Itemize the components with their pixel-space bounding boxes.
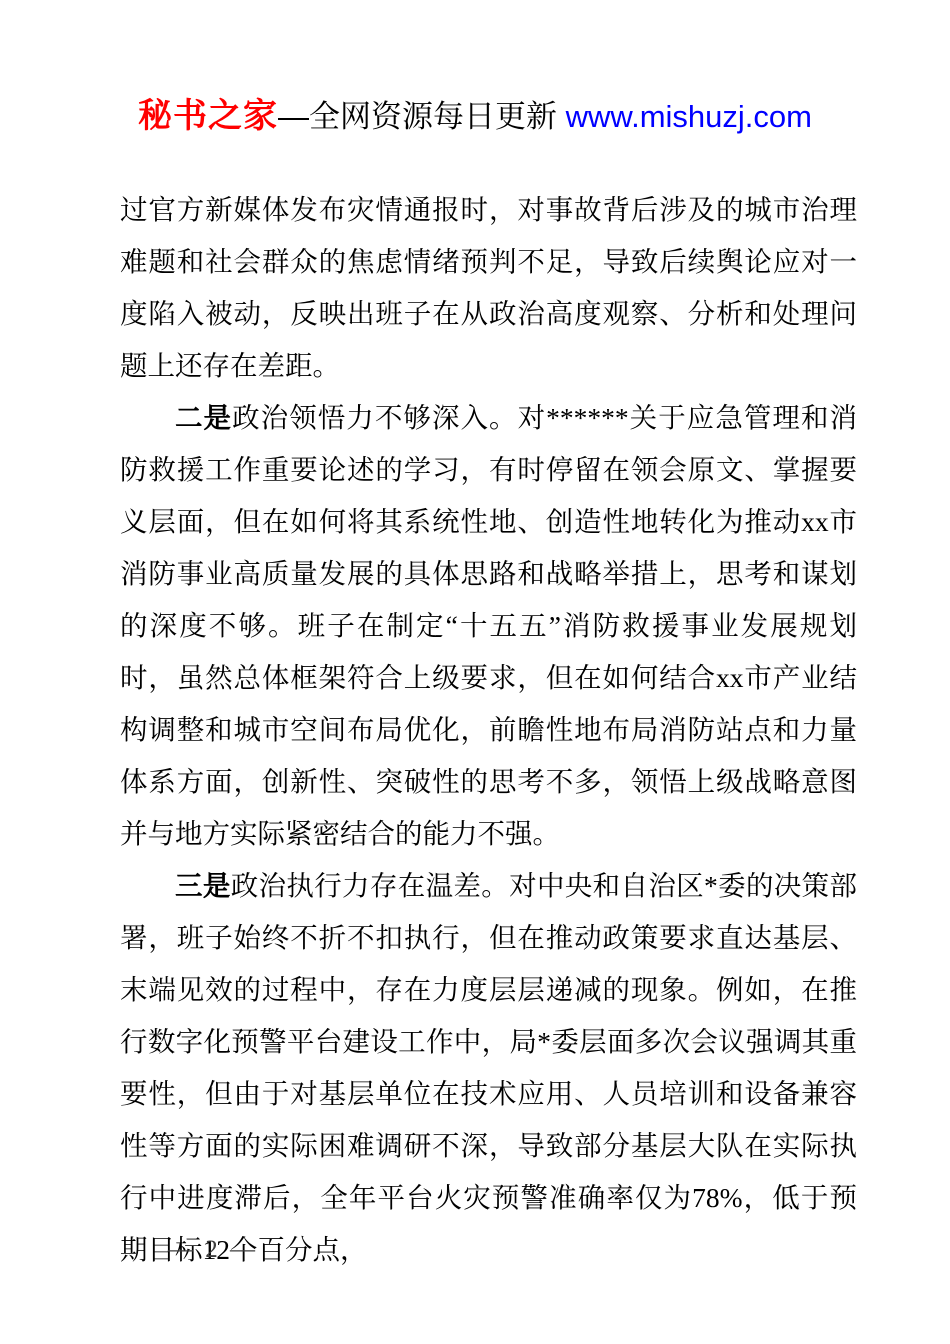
paragraph-lead: 三是: [175, 870, 231, 901]
paragraph: 二是政治领悟力不够深入。对******关于应急管理和消防救援工作重要论述的学习，…: [120, 392, 857, 860]
document-page: 秘书之家—全网资源每日更新 www.mishuzj.com 过官方新媒体发布灾情…: [0, 0, 950, 1344]
page-header: 秘书之家—全网资源每日更新 www.mishuzj.com: [0, 88, 950, 137]
site-url-link[interactable]: www.mishuzj.com: [566, 99, 812, 134]
paragraph: 三是政治执行力存在温差。对中央和自治区*委的决策部署，班子始终不折不扣执行，但在…: [120, 860, 857, 1276]
paragraph-lead: 二是: [175, 402, 232, 433]
site-name: 秘书之家: [138, 97, 278, 135]
document-body: 过官方新媒体发布灾情通报时，对事故背后涉及的城市治理难题和社会群众的焦虑情绪预判…: [120, 184, 857, 1276]
paragraph-text: 过官方新媒体发布灾情通报时，对事故背后涉及的城市治理难题和社会群众的焦虑情绪预判…: [120, 194, 857, 381]
paragraph-text: 政治执行力存在温差。对中央和自治区*委的决策部署，班子始终不折不扣执行，但在推动…: [120, 870, 857, 1265]
page-number: — 2 —: [168, 1236, 258, 1264]
paragraph-text: 政治领悟力不够深入。对******关于应急管理和消防救援工作重要论述的学习，有时…: [120, 402, 857, 849]
site-tagline: —全网资源每日更新: [278, 99, 566, 134]
paragraph: 过官方新媒体发布灾情通报时，对事故背后涉及的城市治理难题和社会群众的焦虑情绪预判…: [120, 184, 857, 392]
